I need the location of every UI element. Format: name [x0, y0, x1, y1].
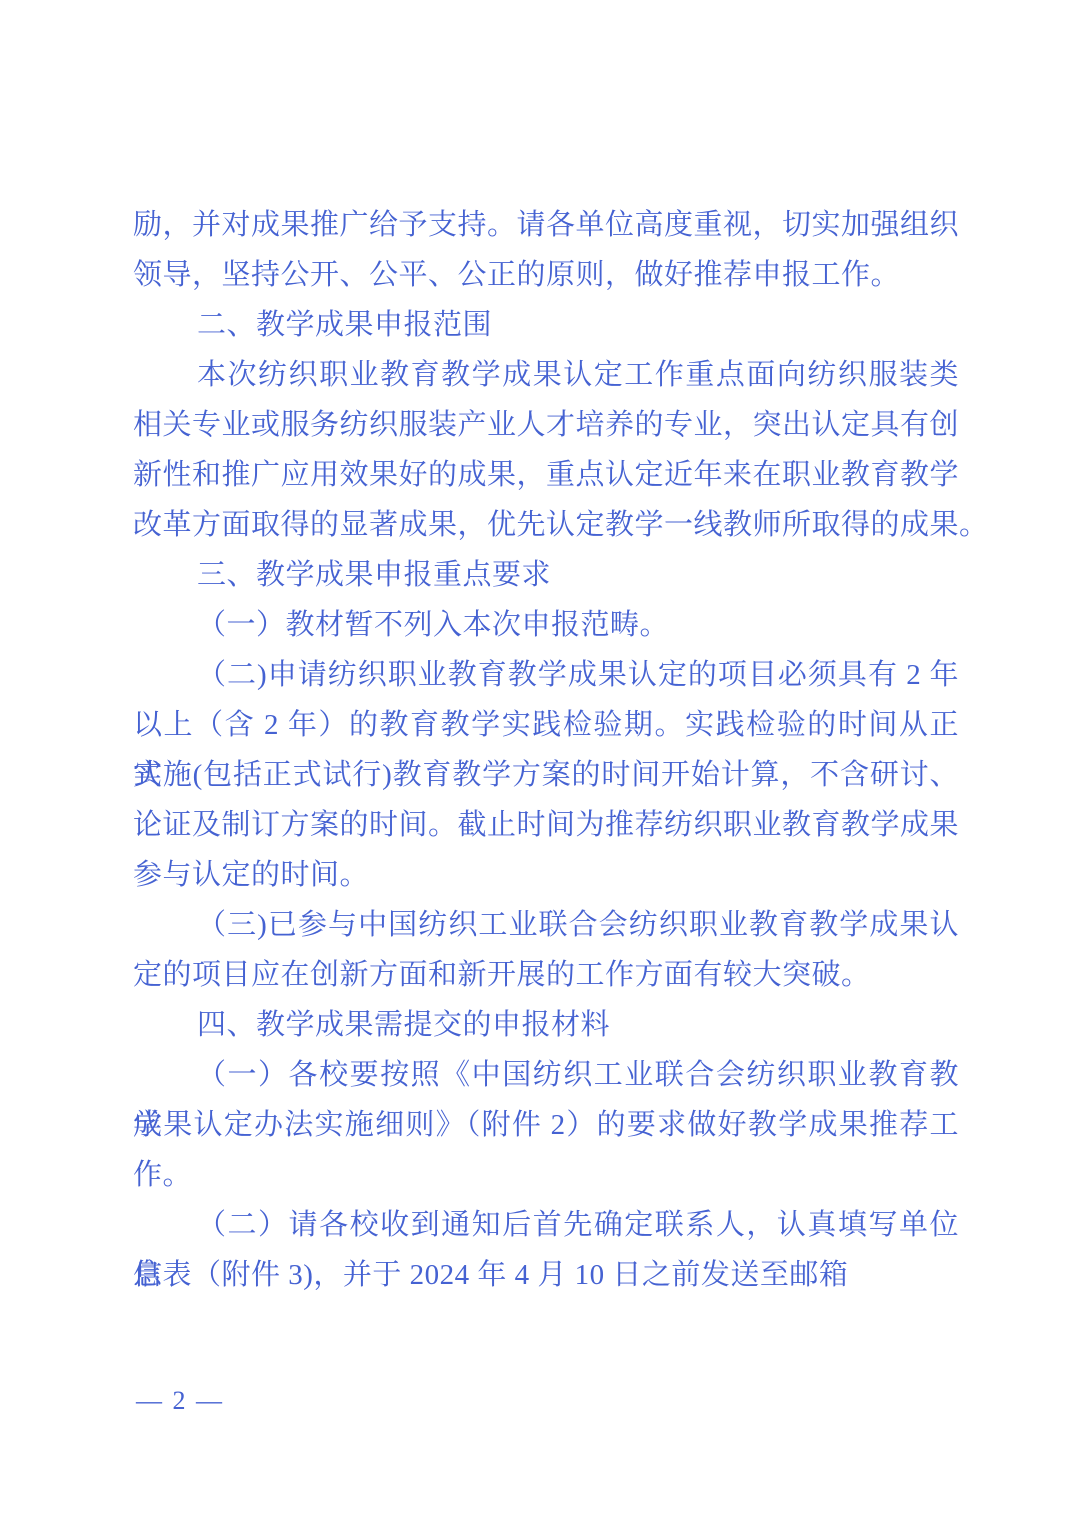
heading-line: 三、教学成果申报重点要求	[133, 550, 959, 600]
text-line: 以上（含 2 年）的教育教学实践检验期。实践检验的时间从正式	[133, 700, 959, 750]
text-line: （二）请各校收到通知后首先确定联系人，认真填写单位信	[133, 1200, 959, 1250]
text-line: 作。	[133, 1150, 959, 1200]
text-line: 实施(包括正式试行)教育教学方案的时间开始计算，不含研讨、	[133, 750, 959, 800]
text-line: 新性和推广应用效果好的成果，重点认定近年来在职业教育教学	[133, 450, 959, 500]
text-line: 息表（附件 3)，并于 2024 年 4 月 10 日之前发送至邮箱	[133, 1250, 959, 1300]
text-line: 本次纺织职业教育教学成果认定工作重点面向纺织服装类	[133, 350, 959, 400]
text-line: 参与认定的时间。	[133, 850, 959, 900]
text-line: 改革方面取得的显著成果，优先认定教学一线教师所取得的成果。	[133, 500, 959, 550]
document-page: 励，并对成果推广给予支持。请各单位高度重视，切实加强组织领导，坚持公开、公平、公…	[0, 0, 1080, 1527]
text-line: 领导，坚持公开、公平、公正的原则，做好推荐申报工作。	[133, 250, 959, 300]
text-line: （三)已参与中国纺织工业联合会纺织职业教育教学成果认	[133, 900, 959, 950]
text-line: （一）教材暂不列入本次申报范畴。	[133, 600, 959, 650]
heading-line: 四、教学成果需提交的申报材料	[133, 1000, 959, 1050]
page-number: — 2 —	[136, 1386, 224, 1416]
text-line: 励，并对成果推广给予支持。请各单位高度重视，切实加强组织	[133, 200, 959, 250]
text-line: （二)申请纺织职业教育教学成果认定的项目必须具有 2 年	[133, 650, 959, 700]
document-content: 励，并对成果推广给予支持。请各单位高度重视，切实加强组织领导，坚持公开、公平、公…	[133, 200, 959, 1300]
text-line: 论证及制订方案的时间。截止时间为推荐纺织职业教育教学成果	[133, 800, 959, 850]
text-line: 相关专业或服务纺织服装产业人才培养的专业，突出认定具有创	[133, 400, 959, 450]
text-line: 定的项目应在创新方面和新开展的工作方面有较大突破。	[133, 950, 959, 1000]
text-line: 成果认定办法实施细则》（附件 2）的要求做好教学成果推荐工	[133, 1100, 959, 1150]
heading-line: 二、教学成果申报范围	[133, 300, 959, 350]
text-line: （一）各校要按照《中国纺织工业联合会纺织职业教育教学	[133, 1050, 959, 1100]
